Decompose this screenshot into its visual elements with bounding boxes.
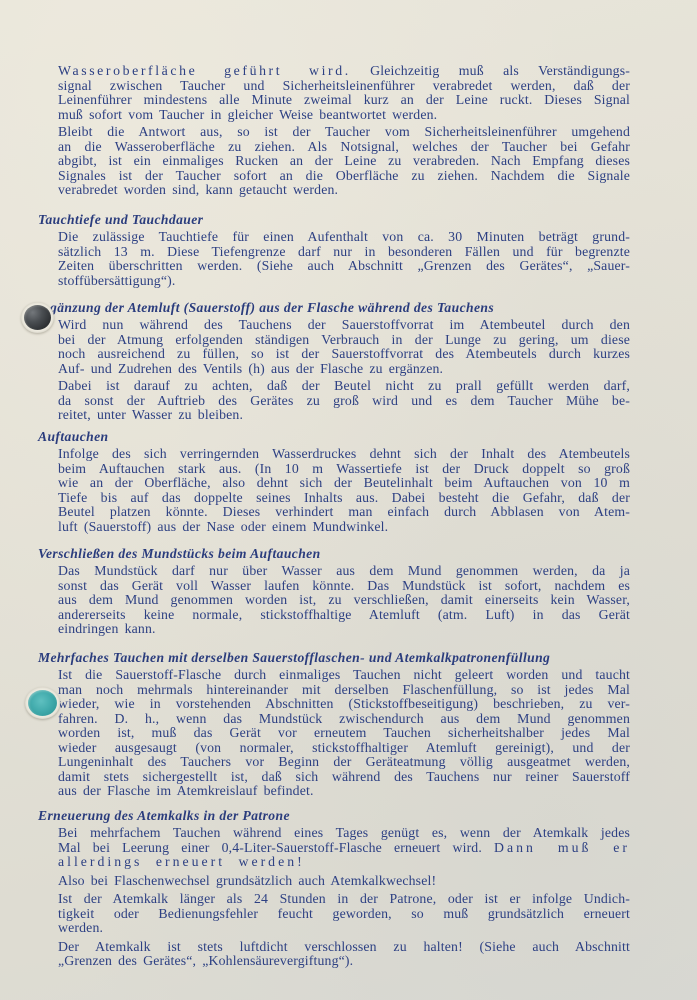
section-heading: Erneuerung des Atemkalks in der Patrone [38, 808, 630, 823]
text-line: Lungeninhalt des Tauchers vor Beginn der… [58, 755, 630, 770]
text-line: damit stets sichergestellt ist, daß sich… [58, 770, 630, 785]
text-line: da sonst der Auftrieb des Gerätes zu gro… [58, 394, 630, 409]
text-line: Signales ist der Taucher sofort an die O… [58, 169, 630, 184]
text-line: Also bei Flaschenwechsel grundsätzlich a… [58, 874, 630, 889]
text-line: sonst das Gerät voll Wasser laufen könnt… [58, 579, 630, 594]
text-line: Die zulässige Tauchtiefe für einen Aufen… [58, 230, 630, 245]
punch-hole-bottom [28, 690, 57, 716]
text-line: luft (Sauerstoff) aus der Nase oder eine… [58, 520, 630, 535]
text-line: Dabei ist darauf zu achten, daß der Beut… [58, 379, 630, 394]
text-line: tigkeit oder Bedienungsfehler feucht gew… [58, 907, 630, 922]
text-line: Leinenführer mindestens alle Minute zwei… [58, 93, 630, 108]
text-line: abgibt, ist ein einmaliges Rucken an der… [58, 154, 630, 169]
section-heading: Mehrfaches Tauchen mit derselben Sauerst… [38, 650, 630, 665]
text-line: man noch mehrmals hintereinander mit der… [58, 683, 630, 698]
text-line: wieder, wie in vorstehenden Abschnitten … [58, 697, 630, 712]
text-line: Wasseroberfläche geführt wird. Gleichzei… [58, 64, 630, 79]
paragraph: Wird nun während des Tauchens der Sauers… [58, 318, 630, 376]
paragraph: Der Atemkalk ist stets luftdicht verschl… [58, 940, 630, 969]
text-line: andererseits keine normale, stickstoffha… [58, 608, 630, 623]
lead-rest: Gleichzeitig muß als Verständigungs- [370, 63, 630, 78]
text-line: aus der Flasche im Atemkreislauf befinde… [58, 784, 630, 799]
text-line: Zeiten überschritten werden. (Siehe auch… [58, 259, 630, 274]
text-line: wie an der Oberfläche, also dehnt sich d… [58, 476, 630, 491]
text-line: werden. [58, 921, 630, 936]
text-line: noch ausreichend zu füllen, so ist der S… [58, 347, 630, 362]
text-line: aus dem Mund genommen worden ist, zu ver… [58, 593, 630, 608]
text-line: beim Auftauchen stark aus. (In 10 m Wass… [58, 462, 630, 477]
text-line: „Grenzen des Gerätes“, „Kohlensäurevergi… [58, 954, 630, 969]
letterspaced-emphasis: allerdings erneuert werden! [58, 854, 305, 869]
paragraph: Dabei ist darauf zu achten, daß der Beut… [58, 379, 630, 423]
section-heading: Auftauchen [38, 429, 630, 444]
text-line: worden ist, muß das Gerät vor erneutem T… [58, 726, 630, 741]
text-line: Auf- und Zudrehen des Ventils (h) aus de… [58, 362, 630, 377]
text-line: Der Atemkalk ist stets luftdicht verschl… [58, 940, 630, 955]
punch-hole-top [24, 305, 51, 330]
section-tauchtiefe: Tauchtiefe und Tauchdauer Die zulässige … [58, 212, 630, 288]
text-line: bei der Atmung erfolgenden ständigen Ver… [58, 333, 630, 348]
section-ergaenzung: gänzung der Atemluft (Sauerstoff) aus de… [58, 300, 630, 423]
section-verschliessen: Verschließen des Mundstücks beim Auftauc… [58, 546, 630, 637]
paragraph: Ist der Atemkalk länger als 24 Stunden i… [58, 892, 630, 936]
scanned-manual-page: Wasseroberfläche geführt wird. Gleichzei… [0, 0, 697, 1000]
paragraph: Die zulässige Tauchtiefe für einen Aufen… [58, 230, 630, 288]
line-normal-part: Mal bei Leerung einer 0,4-Liter-Sauersto… [58, 840, 494, 855]
text-line: Beutel platzen könnte. Dieses verhindert… [58, 505, 630, 520]
text-line: Bleibt die Antwort aus, so ist der Tauch… [58, 125, 630, 140]
text-line: stoffübersättigung“). [58, 274, 630, 289]
text-line: Tiefe bis auf das doppelte seines Inhalt… [58, 491, 630, 506]
text-line: verabredet worden sind, kann getaucht we… [58, 183, 630, 198]
text-line: wieder ausgesaugt (von normaler, stickst… [58, 741, 630, 756]
text-line: muß sofort vom Taucher in gleicher Weise… [58, 108, 630, 123]
paragraph: Das Mundstück darf nur über Wasser aus d… [58, 564, 630, 637]
text-line: reitet, unter Wasser zu bleiben. [58, 408, 630, 423]
text-line: Ist die Sauerstoff-Flasche durch einmali… [58, 668, 630, 683]
paragraph: Also bei Flaschenwechsel grundsätzlich a… [58, 874, 630, 889]
text-line: allerdings erneuert werden! [58, 855, 630, 870]
text-line: Das Mundstück darf nur über Wasser aus d… [58, 564, 630, 579]
text-line: sätzlich 13 m. Diese Tiefengrenze darf n… [58, 245, 630, 260]
text-line: signal zwischen Taucher und Sicherheitsl… [58, 79, 630, 94]
section-heading: Tauchtiefe und Tauchdauer [38, 212, 630, 227]
paragraph: Bei mehrfachem Tauchen während eines Tag… [58, 826, 630, 870]
intro-paragraph-1: Wasseroberfläche geführt wird. Gleichzei… [58, 64, 630, 122]
text-line: Mal bei Leerung einer 0,4-Liter-Sauersto… [58, 841, 630, 856]
section-erneuerung: Erneuerung des Atemkalks in der Patrone … [58, 808, 630, 969]
text-line: eindringen kann. [58, 622, 630, 637]
text-line: fahren. D. h., wenn das Mundstück zwisch… [58, 712, 630, 727]
section-heading: Verschließen des Mundstücks beim Auftauc… [38, 546, 630, 561]
text-line: Ist der Atemkalk länger als 24 Stunden i… [58, 892, 630, 907]
text-line: Infolge des sich verringernden Wasserdru… [58, 447, 630, 462]
paragraph: Ist die Sauerstoff-Flasche durch einmali… [58, 668, 630, 799]
section-auftauchen: Auftauchen Infolge des sich verringernde… [58, 429, 630, 534]
section-heading: gänzung der Atemluft (Sauerstoff) aus de… [50, 300, 630, 315]
intro-paragraph-2: Bleibt die Antwort aus, so ist der Tauch… [58, 125, 630, 198]
letterspaced-lead: Wasseroberfläche geführt wird. [58, 63, 351, 78]
text-line: Wird nun während des Tauchens der Sauers… [58, 318, 630, 333]
section-mehrfaches: Mehrfaches Tauchen mit derselben Sauerst… [58, 650, 630, 799]
letterspaced-emphasis: Dann muß er [494, 840, 630, 855]
paragraph: Infolge des sich verringernden Wasserdru… [58, 447, 630, 534]
intro-block: Wasseroberfläche geführt wird. Gleichzei… [58, 64, 630, 198]
text-line: an die Wasseroberfläche zu ziehen. Als N… [58, 140, 630, 155]
text-line: Bei mehrfachem Tauchen während eines Tag… [58, 826, 630, 841]
